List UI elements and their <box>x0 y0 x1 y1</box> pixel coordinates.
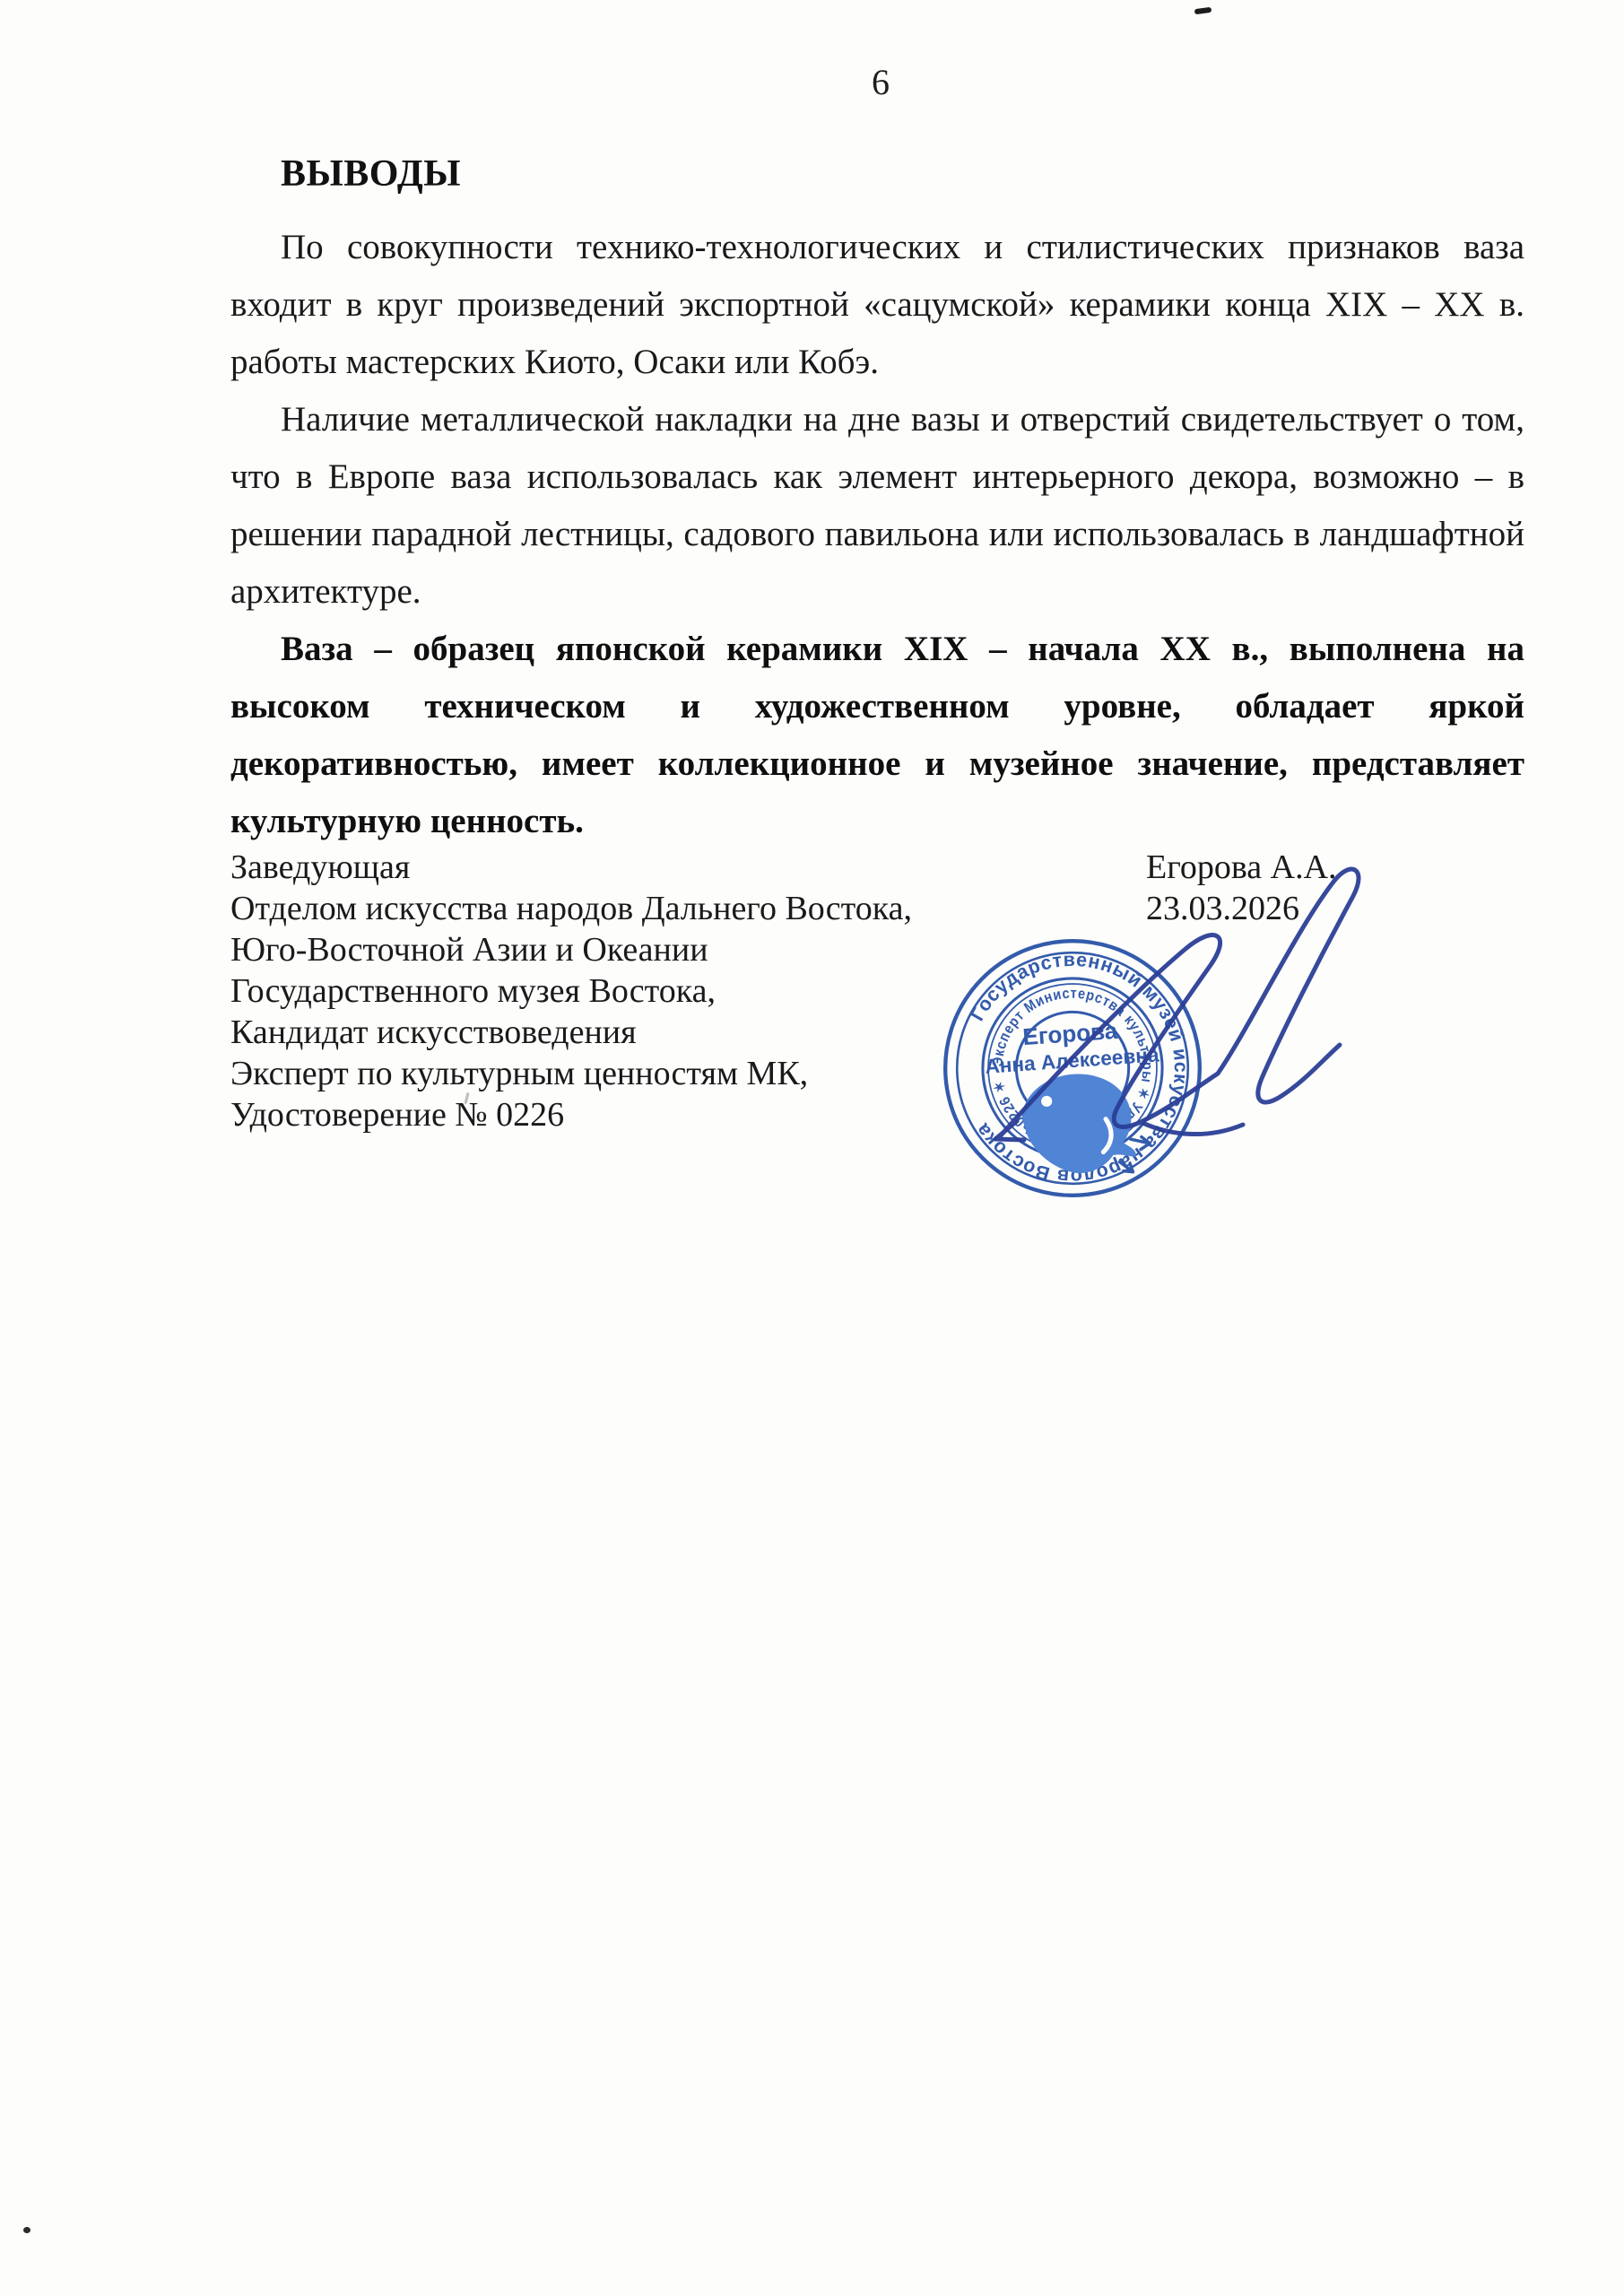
conclusions-heading: ВЫВОДЫ <box>281 152 1524 196</box>
paragraph-conclusion: Ваза – образец японской керамики XIX – н… <box>230 621 1524 850</box>
signer-title-line: Отделом искусства народов Дальнего Восто… <box>230 888 912 929</box>
page-number: 6 <box>854 61 908 103</box>
paragraph-attribution: По совокупности технико-технологических … <box>230 219 1524 391</box>
handwritten-signature <box>942 843 1399 1184</box>
signer-title-line: Эксперт по культурным ценностям МК, <box>230 1053 912 1094</box>
signer-title-line: Кандидат искусствоведения <box>230 1012 912 1053</box>
signer-title-line: Заведующая <box>230 847 912 888</box>
document-page: 6 ВЫВОДЫ По совокупности технико-техноло… <box>0 0 1624 2296</box>
signer-title-line: Юго-Восточной Азии и Океании <box>230 929 912 970</box>
document-body: ВЫВОДЫ По совокупности технико-технологи… <box>230 152 1524 850</box>
signer-titles: Заведующая Отделом искусства народов Дал… <box>230 847 912 1135</box>
scan-artifact-dot <box>23 2227 30 2233</box>
paragraph-usage: Наличие металлической накладки на дне ва… <box>230 391 1524 621</box>
signer-title-line: Удостоверение № 0226 <box>230 1094 912 1135</box>
signer-title-line: Государственного музея Востока, <box>230 970 912 1012</box>
scan-artifact-dash <box>1194 7 1212 15</box>
